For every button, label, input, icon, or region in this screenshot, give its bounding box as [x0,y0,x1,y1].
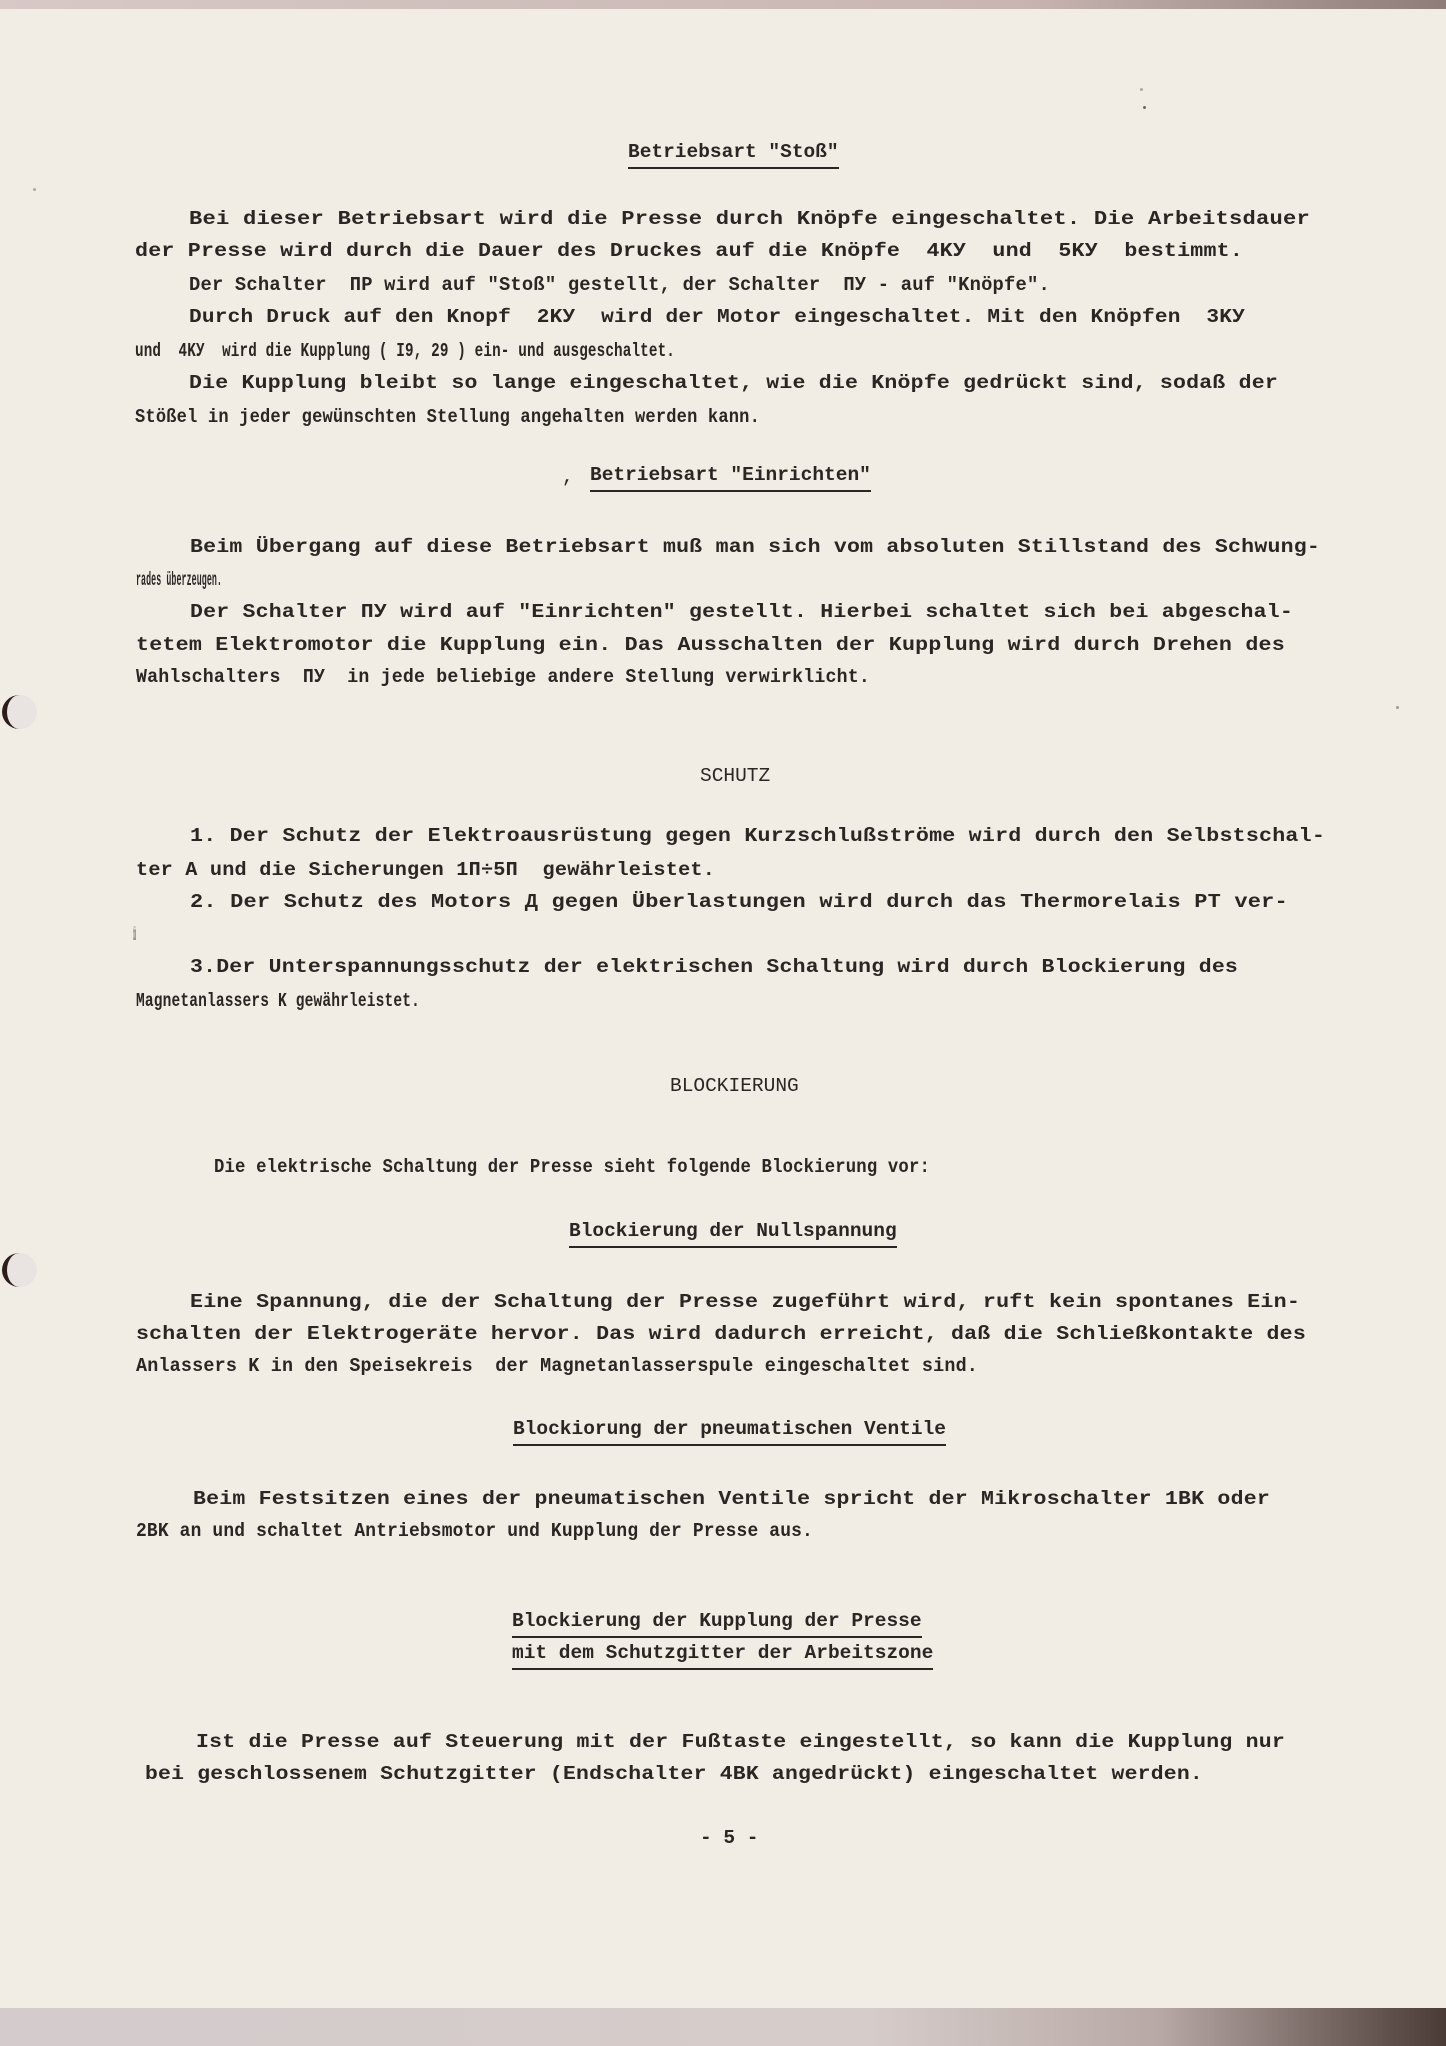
schutz-line-6: Magnetanlassers K gewährleistet. [136,992,420,1012]
schutz-line-1: 1. Der Schutz der Elektroausrüstung gege… [190,827,1325,847]
einrichten-line-2: rades überzeugen. [136,571,222,591]
heading-blockierung: BLOCKIERUNG [670,1077,799,1097]
paper-speck [1396,706,1399,709]
heading-betriebsart-einrichten: Betriebsart "Einrichten" [590,466,871,492]
paper-speck [33,188,36,191]
einrichten-line-1: Beim Übergang auf diese Betriebsart muß … [190,538,1320,558]
stoss-line-1: Bei dieser Betriebsart wird die Presse d… [189,210,1310,230]
punch-hole-upper [2,695,37,729]
schutz-line-2: ter A und die Sicherungen 1П÷5П gewährle… [136,861,715,881]
ventile-line-1: Beim Festsitzen eines der pneumatischen … [193,1490,1270,1510]
ventile-line-2: 2BK an und schaltet Antriebsmotor und Ku… [136,1522,813,1542]
stoss-line-3: Der Schalter ПР wird auf "Stoß" gestellt… [189,276,1050,296]
paper-speck [1143,106,1146,109]
stoss-line-7: Stößel in jeder gewünschten Stellung ang… [135,408,760,428]
stoss-line-2: der Presse wird durch die Dauer des Druc… [135,242,1243,262]
nullspannung-line-3: Anlassers K in den Speisekreis der Magne… [136,1357,978,1377]
heading-blockierung-ventile: Blockiorung der pneumatischen Ventile [513,1420,946,1446]
heading-prefix-comma: , [562,468,574,488]
kupplung-line-2: bei geschlossenem Schutzgitter (Endschal… [145,1765,1203,1785]
stoss-line-5: und 4KУ wird die Kupplung ( I9, 29 ) ein… [135,342,675,362]
schutz-line-4: wirklicht. [133,926,136,946]
kupplung-line-1: Ist die Presse auf Steuerung mit der Fuß… [196,1733,1285,1753]
heading-blockierung-nullspannung: Blockierung der Nullspannung [569,1222,897,1248]
schutz-line-5: 3.Der Unterspannungsschutz der elektrisc… [190,958,1238,978]
nullspannung-line-2: schalten der Elektrogeräte hervor. Das w… [136,1325,1306,1345]
einrichten-line-3: Der Schalter ПУ wird auf "Einrichten" ge… [190,603,1293,623]
einrichten-line-5: Wahlschalters ПУ in jede beliebige ander… [136,668,870,688]
nullspannung-line-1: Eine Spannung, die der Schaltung der Pre… [190,1293,1300,1313]
stoss-line-4: Durch Druck auf den Knopf 2KУ wird der M… [189,308,1245,328]
heading-schutz: SCHUTZ [700,767,770,787]
schutz-line-3: 2. Der Schutz des Motors Д gegen Überlas… [190,893,1288,913]
stoss-line-6: Die Kupplung bleibt so lange eingeschalt… [189,374,1278,394]
paper-speck [1140,88,1143,91]
heading-blockierung-kupplung-line-2: mit dem Schutzgitter der Arbeitszone [512,1644,933,1670]
einrichten-line-4: tetem Elektromotor die Kupplung ein. Das… [136,636,1285,656]
heading-betriebsart-stoss: Betriebsart "Stoß" [628,143,839,169]
heading-blockierung-kupplung-line-1: Blockierung der Kupplung der Presse [512,1612,922,1638]
scanner-bottom-edge [0,2008,1446,2046]
blockierung-intro: Die elektrische Schaltung der Presse sie… [214,1158,930,1178]
page-number: - 5 - [700,1829,759,1849]
punch-hole-lower [2,1253,37,1287]
